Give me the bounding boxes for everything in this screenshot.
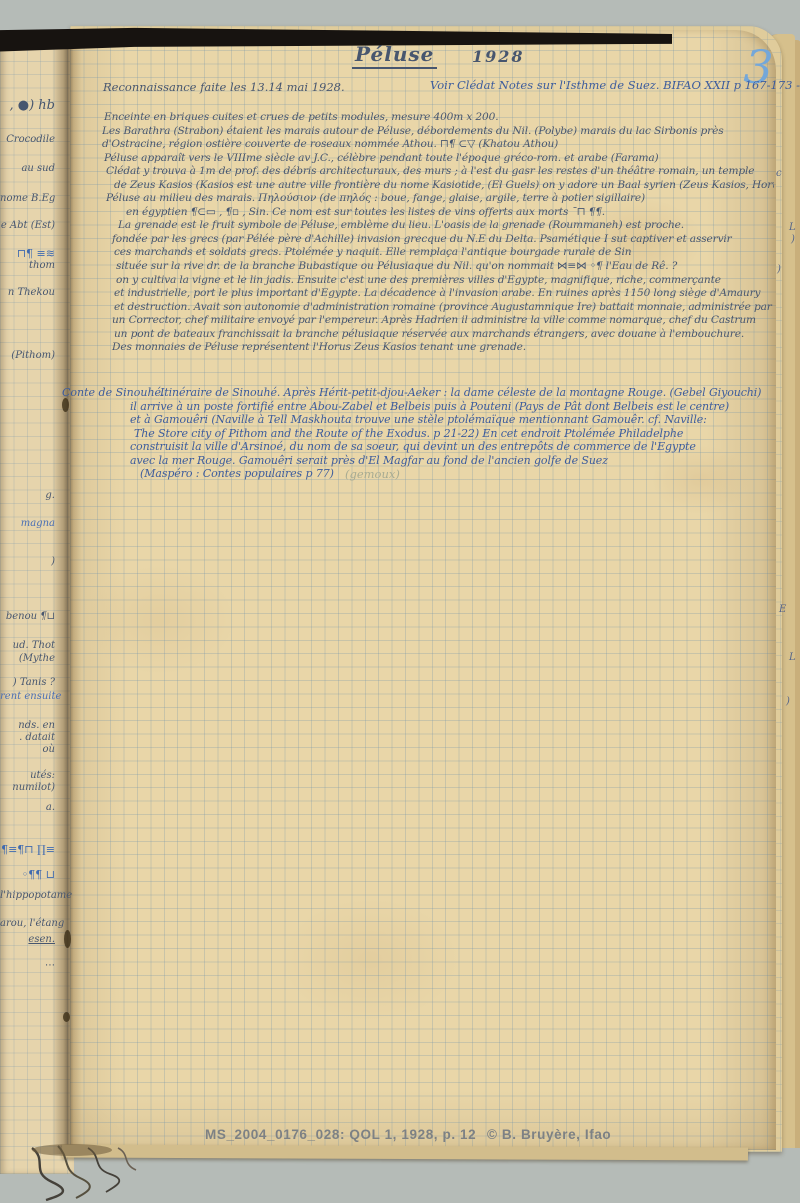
margin-fragment: ) Tanis ? xyxy=(0,677,58,688)
manuscript-line: et industrielle, port le plus important … xyxy=(102,287,774,301)
margin-fragment: rent ensuite xyxy=(0,691,58,702)
edge-ink-mark: ) xyxy=(786,696,800,707)
margin-fragment: arou, l'étang xyxy=(0,918,58,929)
manuscript-line: un Corrector, chef militaire envoyé par … xyxy=(102,314,774,328)
margin-fragment: nome B.Eg xyxy=(0,193,58,204)
margin-fragment: au sud xyxy=(0,163,58,174)
manuscript-line: (Maspéro : Contes populaires p 77) xyxy=(128,467,776,481)
margin-fragment: ) xyxy=(0,556,58,567)
notebook-scan: Péluse 1928 3 Reconnaissance faite les 1… xyxy=(0,0,800,1203)
binding-wear-spot xyxy=(63,1012,70,1022)
edge-ink-mark: ) xyxy=(791,234,800,245)
manuscript-line: ces marchands et soldats grecs. Ptolémée… xyxy=(102,246,774,260)
manuscript-line: avec la mer Rouge. Gamouêri serait près … xyxy=(128,454,776,468)
binding-wear-spot xyxy=(62,398,69,412)
edge-ink-mark: c xyxy=(776,168,796,179)
manuscript-line: en égyptien ¶⊂▭ , ¶▫ , Sin. Ce nom est s… xyxy=(102,206,774,220)
margin-fragment: benou ¶⊔ xyxy=(0,611,58,622)
margin-fragment: e Abt (Est) xyxy=(0,220,58,231)
binding-wear-spot xyxy=(64,930,71,948)
edge-ink-mark: L xyxy=(789,652,800,663)
margin-fragment: thom xyxy=(0,260,58,271)
edge-ink-mark: E xyxy=(779,604,799,615)
paragraph-peluse: Enceinte en briques cuites et crues de p… xyxy=(102,111,774,355)
margin-fragment: où xyxy=(0,744,58,755)
edge-ink-mark: ) xyxy=(777,264,797,275)
margin-fragment: l'hippopotame xyxy=(0,890,58,901)
margin-fragment: ud. Thot xyxy=(0,640,58,651)
margin-fragment: . datait xyxy=(0,732,58,743)
margin-fragment: ⋯ xyxy=(0,960,58,971)
manuscript-line: située sur la rive dr. de la branche Bub… xyxy=(102,260,774,274)
manuscript-line: un pont de bateaux franchissait la branc… xyxy=(102,328,774,342)
frayed-binding-threads xyxy=(18,1138,148,1202)
page-title: Péluse xyxy=(352,42,437,69)
manuscript-line: Clédat y trouva à 1m de prof. des débris… xyxy=(102,165,774,179)
margin-fragment: (Pithom) xyxy=(0,350,58,361)
edge-ink-mark: L xyxy=(789,222,800,233)
manuscript-line: Péluse au milieu des marais. Πηλούσιον (… xyxy=(102,192,774,206)
manuscript-line: construisit la ville d'Arsinoé, du nom d… xyxy=(128,440,776,454)
manuscript-line: d'Ostracine, région ostière couverte de … xyxy=(102,138,774,152)
manuscript-line: et destruction. Avait son autonomie d'ad… xyxy=(102,301,774,315)
margin-fragment: magna xyxy=(0,518,58,529)
intro-note-left: Reconnaissance faite les 13.14 mai 1928. xyxy=(103,80,345,94)
manuscript-line: La grenade est le fruit symbole de Pélus… xyxy=(102,219,774,233)
margin-fragment: (Mythe xyxy=(0,653,58,664)
page-title-year: 1928 xyxy=(472,47,525,66)
manuscript-line: de Zeus Kasios (Kasios est une autre vil… xyxy=(102,179,774,193)
margin-fragment-hieroglyphs: ⊓¶ ≡≋ xyxy=(0,247,58,260)
catalog-reference: MS_2004_0176_028: QOL 1, 1928, p. 12 xyxy=(205,1127,476,1142)
margin-fragment: a. xyxy=(0,802,58,813)
paragraph-sinouhe: Itinéraire de Sinouhé. Après Hérit-petit… xyxy=(128,386,776,481)
manuscript-line: on y cultiva la vigne et le lin jadis. E… xyxy=(102,274,774,288)
manuscript-line: Des monnaies de Péluse représentent l'Ho… xyxy=(102,341,774,355)
bottom-page-edge xyxy=(62,1145,748,1161)
margin-fragment: , ●) hb xyxy=(0,98,58,113)
pencil-annotation: (gemoux) xyxy=(345,467,400,481)
manuscript-line: Itinéraire de Sinouhé. Après Hérit-petit… xyxy=(128,386,776,400)
manuscript-line: il arrive à un poste fortifié entre Abou… xyxy=(128,400,776,414)
margin-fragment: Crocodile xyxy=(0,134,58,145)
manuscript-line: fondée par les grecs (par Pélée père d'A… xyxy=(102,233,774,247)
manuscript-line: Enceinte en briques cuites et crues de p… xyxy=(102,111,774,125)
margin-fragment-hieroglyphs: ◦¶¶ ⊔ xyxy=(0,868,58,881)
manuscript-line: et à Gamouêri (Naville à Tell Maskhouta … xyxy=(128,413,776,427)
margin-fragment: n Thekou xyxy=(0,287,58,298)
manuscript-line: The Store city of Pithom and the Route o… xyxy=(128,427,776,441)
margin-fragment: nds. en xyxy=(0,720,58,731)
margin-fragment: esen. xyxy=(0,934,58,945)
margin-fragment-hieroglyphs: ¶≡¶⊓ ∏≡ xyxy=(0,843,58,856)
margin-fragment: g. xyxy=(0,490,58,501)
margin-fragment: numilot) xyxy=(0,782,58,793)
manuscript-line: Les Barathra (Strabon) étaient les marai… xyxy=(102,125,774,139)
margin-fragment: utés: xyxy=(0,770,58,781)
intro-note-reference: Voir Clédat Notes sur l'Isthme de Suez. … xyxy=(430,78,800,92)
copyright-notice: © B. Bruyère, Ifao xyxy=(487,1127,611,1142)
manuscript-line: Péluse apparaît vers le VIIIme siècle av… xyxy=(102,152,774,166)
